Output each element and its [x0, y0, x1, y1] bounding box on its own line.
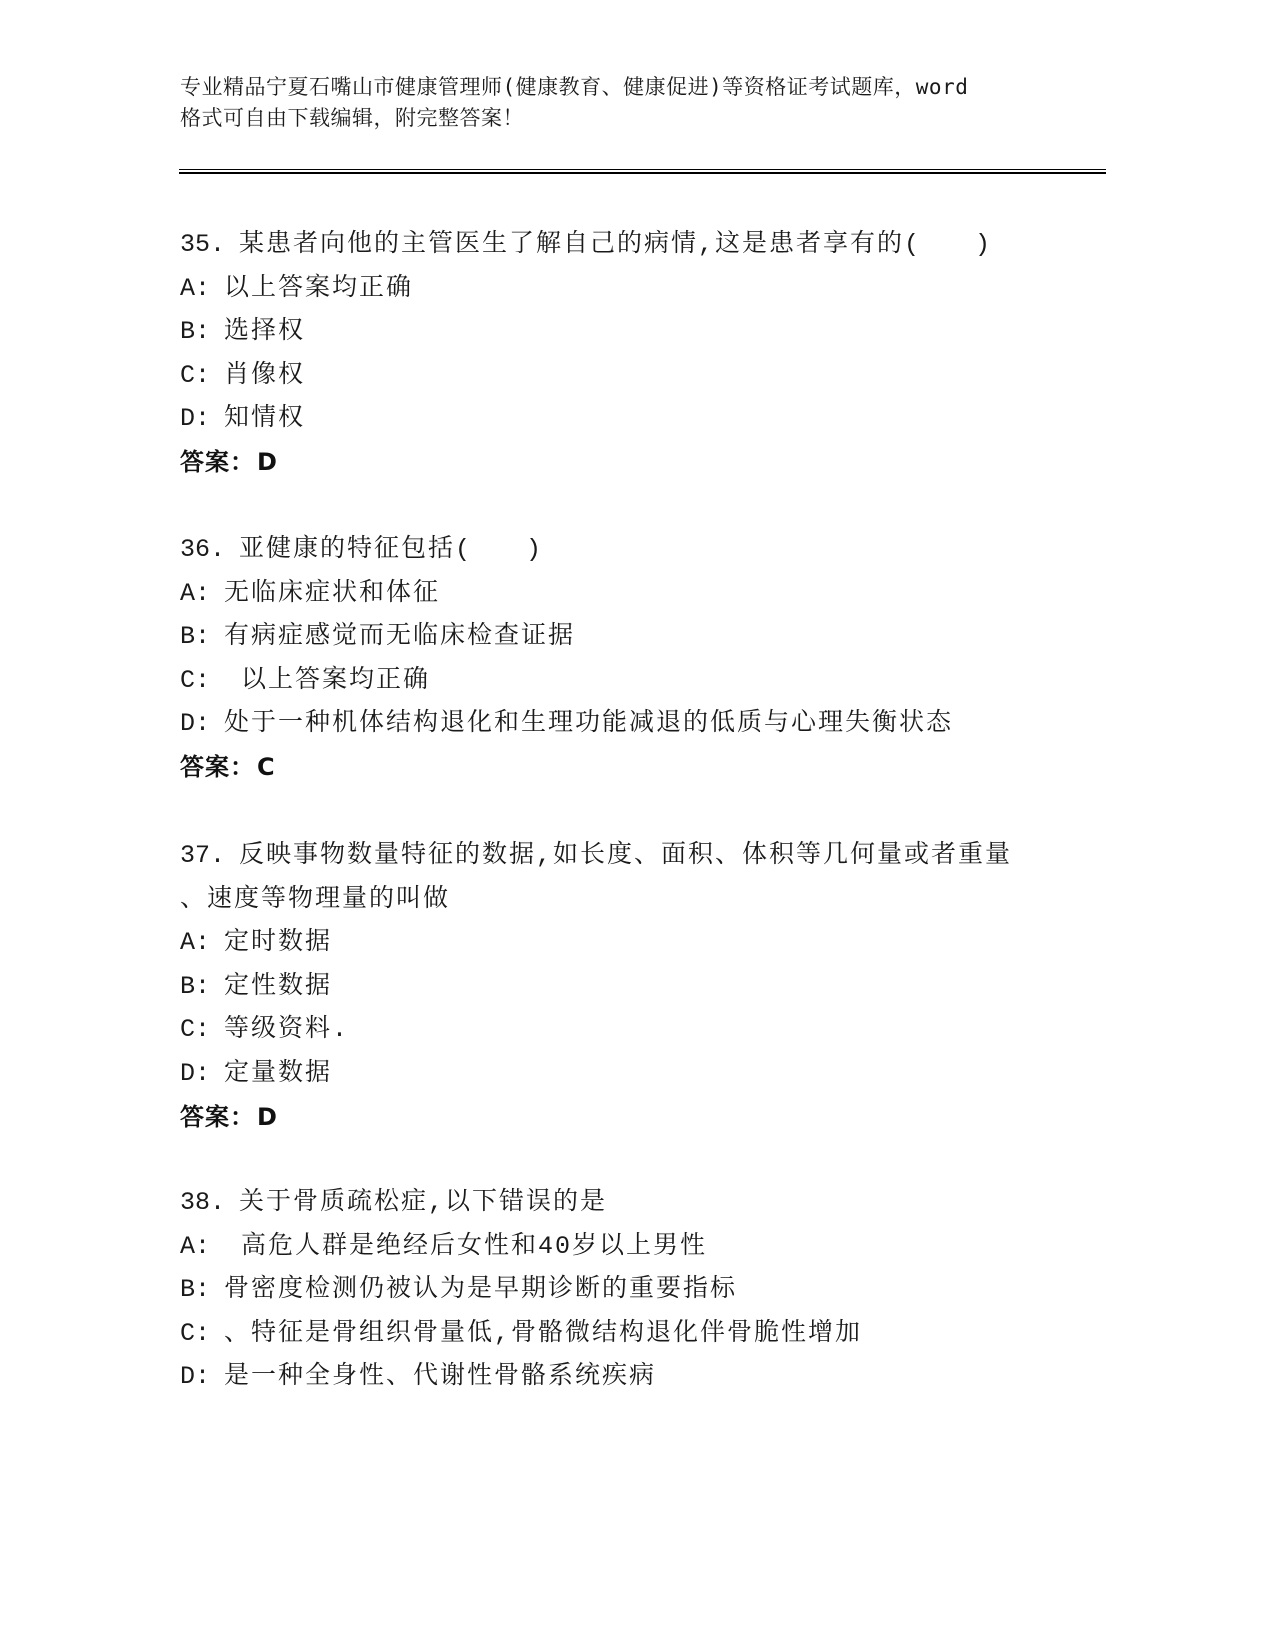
option-a: A:定时数据	[180, 921, 1080, 965]
answer-line: 答案：D	[180, 1096, 1080, 1140]
option-text: 以上答案均正确	[224, 274, 413, 303]
option-d: D:定量数据	[180, 1052, 1080, 1096]
option-d: D:处于一种机体结构退化和生理功能减退的低质与心理失衡状态	[180, 702, 1080, 746]
option-b: B:选择权	[180, 310, 1080, 354]
option-text: 等级资料.	[224, 1015, 349, 1044]
option-key: D:	[180, 1362, 210, 1391]
option-key: B:	[180, 317, 210, 346]
answer-value: C	[257, 753, 276, 781]
question-stem: 37.反映事物数量特征的数据,如长度、面积、体积等几何量或者重量	[180, 834, 1080, 878]
option-c: C:肖像权	[180, 354, 1080, 398]
option-key: B:	[180, 622, 210, 651]
document-page: 专业精品宁夏石嘴山市健康管理师(健康教育、健康促进)等资格证考试题库，word …	[0, 0, 1275, 1650]
option-key: B:	[180, 972, 210, 1001]
question-stem: 38.关于骨质疏松症,以下错误的是	[180, 1181, 1080, 1225]
question-37: 37.反映事物数量特征的数据,如长度、面积、体积等几何量或者重量 、速度等物理量…	[180, 834, 1080, 1139]
option-key: A:	[180, 928, 210, 957]
option-text: 知情权	[224, 404, 305, 433]
option-a: A:以上答案均正确	[180, 267, 1080, 311]
question-stem: 35.某患者向他的主管医生了解自己的病情,这是患者享有的( )	[180, 223, 1080, 267]
question-text: 某患者向他的主管医生了解自己的病情,这是患者享有的( )	[239, 230, 992, 259]
header-divider-thick	[179, 172, 1106, 174]
option-c: C:、特征是骨组织骨量低,骨骼微结构退化伴骨脆性增加	[180, 1312, 1080, 1356]
option-text: 肖像权	[224, 361, 305, 390]
option-key: D:	[180, 404, 210, 433]
question-text: 关于骨质疏松症,以下错误的是	[239, 1188, 607, 1217]
question-36: 36.亚健康的特征包括( ) A:无临床症状和体征 B:有病症感觉而无临床检查证…	[180, 528, 1080, 790]
option-text: 是一种全身性、代谢性骨骼系统疾病	[224, 1362, 656, 1391]
option-key: A:	[180, 274, 210, 303]
option-d: D:是一种全身性、代谢性骨骼系统疾病	[180, 1355, 1080, 1399]
answer-label: 答案：	[180, 753, 255, 781]
option-key: D:	[180, 1059, 210, 1088]
header-divider-thin	[179, 169, 1106, 170]
option-text: 定性数据	[224, 972, 332, 1001]
question-number: 35.	[180, 230, 225, 259]
option-b: B:骨密度检测仍被认为是早期诊断的重要指标	[180, 1268, 1080, 1312]
question-text: 亚健康的特征包括( )	[239, 535, 543, 564]
option-text: 处于一种机体结构退化和生理功能减退的低质与心理失衡状态	[224, 709, 953, 738]
answer-value: D	[257, 448, 278, 476]
option-key: D:	[180, 709, 210, 738]
option-b: B:定性数据	[180, 965, 1080, 1009]
option-text: 定量数据	[224, 1059, 332, 1088]
option-text: 选择权	[224, 317, 305, 346]
option-text: 定时数据	[224, 928, 332, 957]
option-key: C:	[180, 1319, 210, 1348]
option-text: 无临床症状和体征	[224, 579, 440, 608]
answer-label: 答案：	[180, 1103, 255, 1131]
question-number: 37.	[180, 841, 225, 870]
option-text: 骨密度检测仍被认为是早期诊断的重要指标	[224, 1275, 737, 1304]
question-number: 38.	[180, 1188, 225, 1217]
option-text: 以上答案均正确	[224, 666, 430, 695]
question-text-continued: 、速度等物理量的叫做	[180, 885, 450, 914]
question-text: 反映事物数量特征的数据,如长度、面积、体积等几何量或者重量	[239, 841, 1012, 870]
question-stem: 36.亚健康的特征包括( )	[180, 528, 1080, 572]
question-35: 35.某患者向他的主管医生了解自己的病情,这是患者享有的( ) A:以上答案均正…	[180, 223, 1080, 485]
question-number: 36.	[180, 535, 225, 564]
option-c: C: 以上答案均正确	[180, 659, 1080, 703]
option-key: B:	[180, 1275, 210, 1304]
option-c: C:等级资料.	[180, 1008, 1080, 1052]
option-key: C:	[180, 666, 210, 695]
answer-line: 答案：D	[180, 441, 1080, 485]
option-key: A:	[180, 1232, 210, 1261]
answer-line: 答案：C	[180, 746, 1080, 790]
answer-value: D	[257, 1103, 278, 1131]
question-38: 38.关于骨质疏松症,以下错误的是 A: 高危人群是绝经后女性和40岁以上男性 …	[180, 1181, 1080, 1399]
document-header: 专业精品宁夏石嘴山市健康管理师(健康教育、健康促进)等资格证考试题库，word …	[180, 72, 1080, 134]
option-text: 有病症感觉而无临床检查证据	[224, 622, 575, 651]
header-line-1: 专业精品宁夏石嘴山市健康管理师(健康教育、健康促进)等资格证考试题库，word	[180, 72, 1080, 103]
header-line-2: 格式可自由下载编辑，附完整答案！	[180, 103, 1080, 134]
question-stem-continued: 、速度等物理量的叫做	[180, 878, 1080, 922]
option-a: A:无临床症状和体征	[180, 572, 1080, 616]
option-text: 、特征是骨组织骨量低,骨骼微结构退化伴骨脆性增加	[224, 1319, 862, 1348]
option-text: 高危人群是绝经后女性和40岁以上男性	[224, 1232, 707, 1261]
option-b: B:有病症感觉而无临床检查证据	[180, 615, 1080, 659]
answer-label: 答案：	[180, 448, 255, 476]
option-a: A: 高危人群是绝经后女性和40岁以上男性	[180, 1225, 1080, 1269]
option-key: C:	[180, 361, 210, 390]
option-key: C:	[180, 1015, 210, 1044]
option-d: D:知情权	[180, 397, 1080, 441]
option-key: A:	[180, 579, 210, 608]
